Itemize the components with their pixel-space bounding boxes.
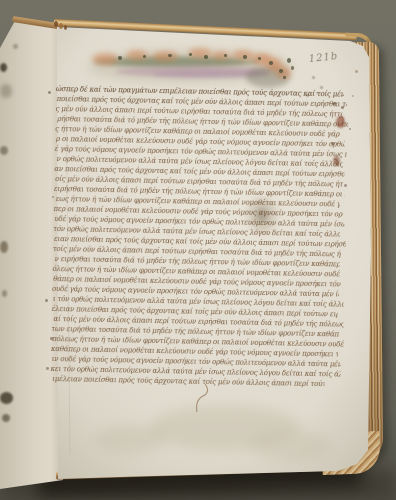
text-block: ώσπερ δέ καί τών πραγμάτων επιμέλειαν πο… bbox=[50, 84, 350, 394]
